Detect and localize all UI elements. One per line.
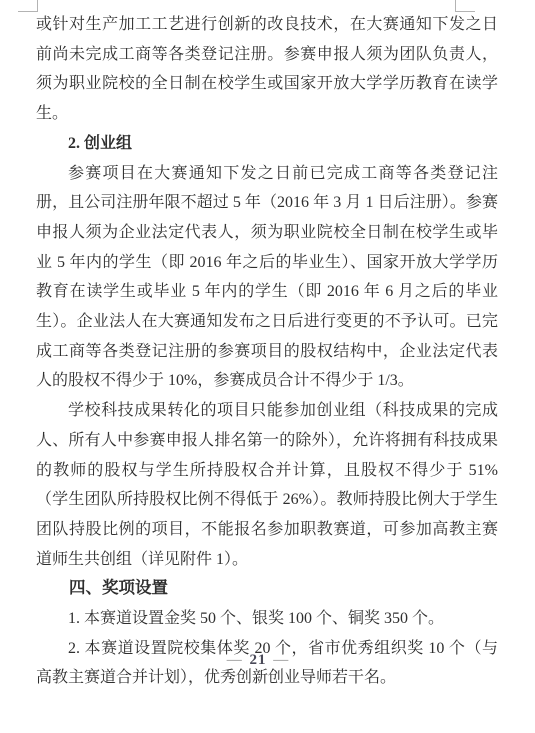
page-number: 21 [248,652,269,668]
document-page: 或针对生产加工工艺进行创新的改良技术，在大赛通知下发之日前尚未完成工商等各类登记… [0,0,535,733]
paragraph-tech-transfer-rules: 学校科技成果转化的项目只能参加创业组（科技成果的完成人、所有人中参赛申报人排名第… [36,396,498,574]
paragraph-award-item-1: 1. 本赛道设置金奖 50 个、银奖 100 个、铜奖 350 个。 [36,604,498,634]
crop-mark-top-left-icon [18,0,38,12]
footer-dash-right: — [273,652,289,668]
page-body: 或针对生产加工工艺进行创新的改良技术，在大赛通知下发之日前尚未完成工商等各类登记… [36,10,498,693]
footer-dash-left: — [227,652,243,668]
heading-award-settings: 四、奖项设置 [36,574,498,604]
page-footer: — 21 — [0,652,516,669]
paragraph-registration-requirements: 参赛项目在大赛通知下发之日前已完成工商等各类登记注册，且公司注册年限不超过 5 … [36,159,498,397]
paragraph-continued-eligibility: 或针对生产加工工艺进行创新的改良技术，在大赛通知下发之日前尚未完成工商等各类登记… [36,10,498,129]
subheading-entrepreneurship-group: 2. 创业组 [36,129,498,159]
